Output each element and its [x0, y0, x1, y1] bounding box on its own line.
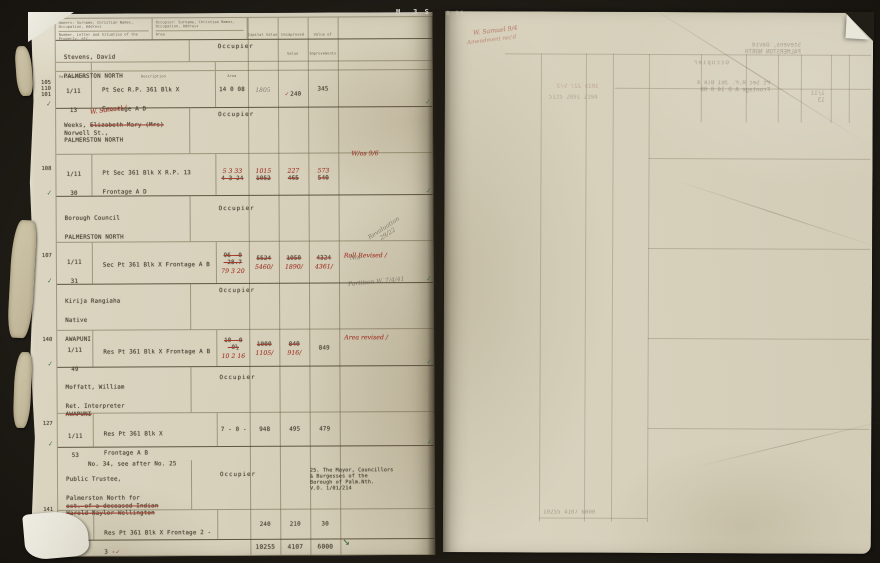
ghost-column-line [539, 53, 542, 521]
ghost-description: Pt Sec R.P. 361 Blk X Frontage A D 14 0 … [697, 80, 770, 94]
remark-mayor-note: 25. The Mayor, Councillors & Burgesses o… [310, 467, 394, 491]
capital-value: 948 [259, 427, 270, 434]
red-check-icon: ✓ [285, 91, 290, 97]
totals-row: 10255 4107 6000 ↘ [58, 539, 434, 555]
unimproved-red: 916/ [287, 349, 301, 356]
capital-red: 5460/ [255, 264, 273, 271]
total-capital: 10255 [256, 544, 276, 551]
area-value: 14 0 08 [219, 86, 245, 93]
reference-stamp: M. 3 S [396, 8, 430, 16]
ghost-column-line [647, 54, 650, 522]
ghost-column-line [611, 54, 614, 522]
property-description: Sec Pt 361 Blk X Frontage A B [103, 262, 210, 269]
entry-row: Moffatt, William Ret. Interpreter AWAPUN… [57, 366, 433, 448]
owner-name-struck: Elizabeth Mary (Mrs) [90, 122, 164, 128]
unimproved-value: 495 [289, 427, 300, 434]
margin-number: 108 [33, 166, 51, 172]
margin-number: 127 [35, 421, 53, 427]
unimproved-value: 1050 [286, 256, 301, 263]
entry-row: W. Samuel / Weeks, Elizabeth Mary (Mrs) … [56, 107, 432, 197]
property-description: Res Pt 361 Blk X Frontage A B [103, 349, 210, 356]
margin-number: 107 [34, 253, 52, 259]
green-tick-icon: ✓ [46, 189, 53, 198]
occupier-label: Occupier [191, 284, 283, 329]
owner-name: Public Trustee, Palmerston North for [66, 477, 140, 502]
ghost-totals: 10255 4107 6000 [543, 510, 595, 517]
valuation-table: Owners: Surname, Christian Names, Occupa… [55, 16, 436, 557]
capital-value: 5524 [256, 256, 271, 263]
ghost-valuation-no: 1/11 13 [811, 91, 825, 105]
book-spine-shadow [427, 9, 451, 558]
capital-value-pencil: 1805 [255, 86, 270, 93]
ghost-occupier: Occupier [693, 60, 729, 67]
occupier-label: Occupier [191, 196, 283, 241]
green-tick-icon: ✓ [46, 100, 53, 109]
total-improvements: 6000 [317, 543, 333, 550]
total-unimproved: 4107 [287, 544, 303, 551]
area-value: 4 3 24 [221, 176, 243, 183]
owner-name: Borough Council PALMERSTON NORTH [65, 216, 124, 241]
area-red: 79 3 20 [221, 267, 245, 274]
capital-value: 240 [260, 522, 271, 529]
owner-address: Norwell St., PALMERSTON NORTH [64, 130, 189, 145]
improvements-red: 573 [317, 167, 329, 174]
valuation-number: 1/11 31 [67, 260, 82, 285]
improvements-value: 345 [317, 86, 328, 93]
capital-value: 1052 [256, 176, 271, 183]
green-arrow-icon: ↘ [342, 538, 350, 548]
unimproved-red: 227 [287, 168, 299, 175]
property-description: Pt Sec 361 Blk X R.P. 13 Frontage A D [102, 170, 191, 195]
area-red: 5 3 33 [223, 168, 243, 175]
area-value: 10 -0 -0½ [217, 338, 249, 352]
entry-row: Borough Council PALMERSTON NORTH Occupie… [57, 195, 433, 285]
green-tick-icon: ✓ [46, 277, 53, 286]
occupier-label: Occupier [191, 367, 283, 412]
unimproved-value: 210 [290, 522, 301, 529]
improvements-value: 540 [318, 175, 329, 182]
occupier-label: Occupier [192, 460, 284, 509]
header-capital-value: Capital Value [248, 33, 277, 37]
green-tick-icon: ✓ [47, 440, 54, 449]
owner-name: Weeks, [64, 123, 90, 129]
torn-paper-fragment [14, 46, 33, 97]
header-owner-caption: Owners: Surname, Christian Names, Occupa… [59, 20, 149, 31]
area-value: 96 -0 -28.7 [217, 252, 249, 266]
owner-name: Moffatt, William Ret. Interpreter [66, 385, 125, 410]
ghost-row-line [648, 338, 870, 340]
paper-crease [696, 419, 880, 468]
valuation-number: 1/11 30 [67, 172, 82, 197]
fold-corner-flap [845, 14, 870, 39]
improvements-red: 4361/ [315, 263, 333, 270]
ghost-column-line [778, 55, 779, 123]
unimproved-red: 1890/ [285, 264, 303, 271]
reference-stamp-2: 8 36 [446, 10, 464, 17]
area-value: 7 - 0 - [221, 427, 247, 434]
ghost-red-values: 1015 227 573 [557, 84, 599, 91]
ghost-row-line [539, 517, 647, 518]
capital-red: 1015 [256, 168, 272, 175]
occupier-label: Occupier [190, 40, 282, 61]
ghost-column-line [849, 55, 850, 123]
improvements-value: 479 [319, 426, 330, 433]
improvements-value: 849 [319, 345, 330, 352]
unimproved-value: 840 [289, 341, 300, 348]
ghost-row-line [648, 248, 870, 250]
green-tick-icon: ✓ [47, 360, 54, 369]
improvements-value: 30 [322, 521, 329, 528]
left-page: 105 110 101 108 107 140 127 141 ✓ ✓ ✓ ✓ … [29, 12, 436, 557]
ghost-column-line [801, 55, 802, 123]
ghost-row-line [649, 158, 871, 160]
entry-row: Kirija Rangiaha Native AWAPUNI Occupier … [57, 283, 433, 368]
paper-crease [670, 178, 879, 248]
paper-crease [645, 3, 865, 143]
area-red: 10 2 16 [222, 353, 246, 360]
header-area-caption: Area [156, 32, 244, 37]
ghost-column-line [584, 54, 587, 522]
header-occupier-caption: Occupier: Surname, Christian Names, Occu… [156, 20, 244, 31]
ghost-numbers: 5135 2891 2394 [549, 95, 598, 102]
ghost-owner-name: Stevens, David PALMERSTON NORTH [745, 42, 801, 56]
entry-row: Stevens, David PALMERSTON NORTH Occupier… [56, 39, 432, 109]
unimproved-value: 240 [290, 91, 301, 97]
ghost-row-line [647, 428, 869, 430]
occupier-label: Occupier [190, 108, 282, 153]
margin-number: 140 [34, 337, 52, 343]
entry-row: No. 34, see after No. 25 Public Trustee,… [58, 446, 434, 541]
right-page: W. Samuel 9/4 Amendment rec'd Stevens, D… [443, 11, 873, 554]
torn-paper-fragment [13, 352, 33, 429]
table-header: Owners: Surname, Christian Names, Occupa… [56, 17, 432, 41]
ghost-row-line [505, 53, 871, 56]
scanned-ledger-spread: M. 3 S 8 36 105 110 101 108 107 140 127 … [0, 0, 880, 563]
margin-number: 105 110 101 [33, 80, 51, 99]
improvements-value: 4324 [316, 255, 331, 262]
unimproved-value: 465 [288, 176, 299, 183]
capital-red: 1105/ [255, 349, 273, 356]
ghost-column-line [831, 55, 832, 123]
capital-value: 1000 [257, 341, 272, 348]
